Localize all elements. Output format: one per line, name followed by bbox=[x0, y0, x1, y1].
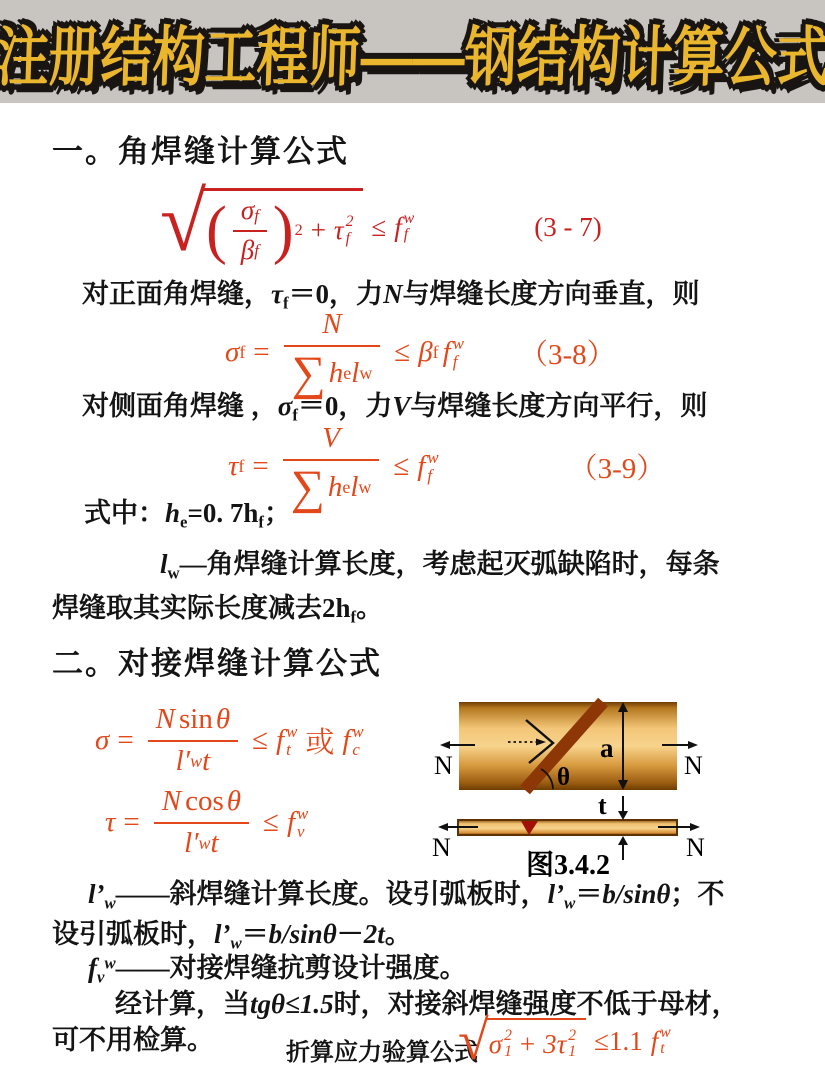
hf-symbol: h bbox=[243, 498, 258, 528]
title-banner: 注册结构工程师——钢结构计算公式 bbox=[0, 0, 825, 103]
ft-symbol: f bbox=[651, 1026, 659, 1057]
formula-3-9: τf = V ∑ helw ≤ f w f （3-9） bbox=[228, 422, 665, 512]
tau-symbol: τ bbox=[105, 806, 115, 839]
conclusion-line2: 可不用检算。 bbox=[52, 1024, 214, 1058]
slide-page: 注册结构工程师——钢结构计算公式 一。角焊缝计算公式 √ ( σf βf ) 2 bbox=[0, 0, 825, 1080]
force-v-symbol: V bbox=[392, 391, 410, 421]
tau1-superscript: 2 bbox=[568, 1028, 576, 1044]
force-arrowhead-right-top bbox=[688, 741, 698, 749]
tau-symbol: τ bbox=[228, 450, 238, 483]
f-superscript: w bbox=[427, 449, 438, 467]
text-segment: ；不 bbox=[670, 879, 724, 909]
label-a: a bbox=[600, 733, 614, 763]
fv-definition-line: fvw——对接焊缝抗剪设计强度。 bbox=[88, 952, 467, 988]
tau-superscript: 2 bbox=[346, 214, 354, 230]
equals-fullwidth: ＝ bbox=[242, 919, 269, 949]
text-segment: 时，对接斜焊缝强度不低于母材， bbox=[334, 989, 739, 1019]
denominator: l′wt bbox=[154, 822, 249, 860]
tau-subscript: f bbox=[346, 231, 350, 247]
sigma1-subscript: 1 bbox=[504, 1044, 512, 1060]
tg-theta-expression: tgθ≤1.5 bbox=[250, 989, 334, 1019]
fv-supsub: w v bbox=[297, 805, 308, 840]
text-segment: 设引弧板时， bbox=[52, 919, 214, 949]
f-symbol: f bbox=[443, 336, 451, 369]
ft-superscript: w bbox=[660, 1025, 670, 1041]
text-segment: 与焊缝长度方向平行，则 bbox=[410, 391, 707, 421]
tau1-supsub: 2 1 bbox=[568, 1028, 576, 1061]
fc-superscript: w bbox=[352, 723, 363, 741]
section1-heading: 一。角焊缝计算公式 bbox=[52, 133, 349, 172]
or-text: 或 bbox=[305, 720, 334, 761]
text-segment: 可不用检算。 bbox=[52, 1025, 214, 1055]
conclusion-line1: 经计算，当tgθ≤1.5时，对接斜焊缝强度不低于母材， bbox=[115, 988, 739, 1022]
fv-superscript: w bbox=[104, 954, 115, 973]
equals-operator: = bbox=[123, 806, 139, 839]
beta-subscript: f bbox=[433, 342, 439, 363]
f-subscript: f bbox=[427, 467, 432, 485]
text-segment: ； bbox=[264, 498, 291, 528]
2hf-symbol: 2h bbox=[322, 593, 351, 623]
side-weld-text: 对侧面角焊缝 ，σf＝0，力V与焊缝长度方向平行，则 bbox=[82, 390, 707, 426]
sqrt-radical: √ σ 2 1 + 3τ 2 1 bbox=[458, 1018, 586, 1064]
reduced-stress-label: 折算应力验算公式 bbox=[286, 1038, 478, 1068]
lprime-subscript: w bbox=[564, 893, 575, 912]
denominator: ∑ helw bbox=[283, 459, 380, 512]
sigma-symbol: σ bbox=[95, 724, 109, 757]
fc-symbol: f bbox=[342, 724, 350, 757]
equals-operator: = bbox=[252, 450, 268, 483]
label-t: t bbox=[598, 791, 607, 820]
beta-symbol: β bbox=[418, 336, 432, 369]
paren-exponent: 2 bbox=[295, 221, 303, 240]
minus-fullwidth: － bbox=[337, 919, 364, 949]
sin-function: sin bbox=[179, 703, 213, 736]
label-n-right-side: N bbox=[686, 833, 705, 862]
label-text: 折算应力验算公式 bbox=[286, 1040, 478, 1066]
lprime-symbol: l′ bbox=[184, 827, 198, 860]
lprime-subscript: w bbox=[190, 751, 202, 772]
right-paren: ) bbox=[273, 204, 294, 256]
plate-side-view bbox=[458, 820, 677, 835]
text-segment: ＝0，力 bbox=[298, 391, 393, 421]
figure-svg: a N N θ t bbox=[430, 690, 825, 880]
fv-superscript: w bbox=[297, 805, 308, 823]
formula-tau-butt: τ = Ncosθ l′wt ≤ f w v bbox=[105, 785, 308, 860]
formula-3-7: √ ( σf βf ) 2 + τ 2 f bbox=[160, 188, 602, 266]
lw-definition-line2: 焊缝取其实际长度减去2hf。 bbox=[52, 592, 383, 628]
text-segment: 焊缝取其实际长度减去 bbox=[52, 593, 322, 623]
fc-subscript: c bbox=[352, 741, 359, 759]
sigma1-superscript: 2 bbox=[504, 1028, 512, 1044]
ft-superscript: w bbox=[286, 723, 297, 741]
numerator: N bbox=[284, 308, 381, 345]
fv-subscript: v bbox=[297, 823, 304, 841]
text-segment: 式中： bbox=[84, 498, 165, 528]
lw-symbol: l bbox=[160, 549, 168, 579]
radicand: ( σf βf ) 2 + τ 2 f bbox=[202, 188, 363, 266]
lprime-symbol: l′ bbox=[176, 745, 190, 778]
numerator: V bbox=[283, 422, 380, 459]
h-subscript: e bbox=[342, 477, 350, 498]
text-segment: 。 bbox=[385, 919, 412, 949]
label-n-right-top: N bbox=[684, 751, 703, 780]
n-symbol: N bbox=[162, 785, 181, 818]
f-symbol: f bbox=[417, 450, 425, 483]
label-n-left-side: N bbox=[432, 833, 451, 862]
leq-operator: ≤ bbox=[263, 806, 279, 839]
sum-symbol: ∑ bbox=[291, 464, 325, 512]
text-segment: 对正面角焊缝， bbox=[82, 279, 271, 309]
text-segment: 与焊缝长度方向垂直，则 bbox=[403, 279, 700, 309]
denominator: βf bbox=[233, 230, 267, 266]
section2-heading: 二。对接焊缝计算公式 bbox=[52, 645, 382, 684]
b-over-sin-expression: b/sinθ bbox=[602, 879, 670, 909]
text-segment: 对侧面角焊缝 ， bbox=[82, 391, 278, 421]
plus-operator: + bbox=[311, 215, 326, 246]
plus-operator: + bbox=[520, 1029, 535, 1060]
equation-number: （3-8） bbox=[519, 332, 616, 373]
n-symbol: N bbox=[322, 308, 341, 341]
3tau1-symbol: 3τ bbox=[543, 1029, 566, 1060]
lw-definition-line1: lw—角焊缝计算长度，考虑起灭弧缺陷时，每条 bbox=[160, 548, 720, 584]
text-segment: —角焊缝计算长度，考虑起灭弧缺陷时，每条 bbox=[180, 549, 720, 579]
ft-symbol: f bbox=[276, 724, 284, 757]
leq-operator: ≤ bbox=[252, 724, 268, 757]
f-subscript: f bbox=[453, 353, 458, 371]
text-segment: 经计算，当 bbox=[115, 989, 250, 1019]
text-segment: ——斜焊缝计算长度。设引弧板时， bbox=[116, 879, 548, 909]
leq-operator: ≤ bbox=[371, 212, 386, 243]
force-arrowhead-left-top bbox=[440, 741, 450, 749]
lw-prime-def-line1: l’w——斜焊缝计算长度。设引弧板时，l’w＝b/sinθ；不 bbox=[88, 878, 724, 914]
theta-symbol: θ bbox=[227, 785, 241, 818]
leq-value: ≤1.1 bbox=[594, 1026, 643, 1057]
h-symbol: h bbox=[328, 471, 343, 504]
l-symbol: l bbox=[350, 471, 358, 504]
figure-caption: 图3.4.2 bbox=[526, 849, 610, 880]
force-arrowhead-right-side bbox=[690, 823, 700, 831]
dimension-t-arrow-up bbox=[618, 836, 628, 845]
f-superscript: w bbox=[453, 335, 464, 353]
fraction-nsin: Nsinθ l′wt bbox=[148, 703, 238, 778]
t-symbol: t bbox=[202, 745, 210, 778]
lprime-subscript: w bbox=[199, 833, 211, 854]
f-supsub: w f bbox=[427, 449, 438, 484]
radical-sign: √ bbox=[160, 188, 206, 266]
leq-operator: ≤ bbox=[393, 450, 409, 483]
lprime-subscript: w bbox=[105, 893, 116, 912]
fraction-v-over-sum: V ∑ helw bbox=[283, 422, 380, 512]
beta-symbol: β bbox=[241, 235, 254, 266]
tau-symbol: τ bbox=[271, 279, 283, 309]
tau1-subscript: 1 bbox=[568, 1044, 576, 1060]
lprime-symbol: l’ bbox=[88, 879, 105, 909]
h-symbol: h bbox=[329, 357, 344, 390]
b-over-sin-expression: b/sinθ bbox=[269, 919, 337, 949]
numerator: Nsinθ bbox=[148, 703, 238, 740]
text-segment: ——对接焊缝抗剪设计强度。 bbox=[116, 953, 467, 983]
force-arrowhead-left-side bbox=[438, 823, 448, 831]
beta-subscript: f bbox=[254, 241, 259, 261]
denominator: l′wt bbox=[148, 740, 238, 778]
sigma-symbol: σ bbox=[278, 391, 293, 421]
sigma1-symbol: σ bbox=[489, 1029, 502, 1060]
formula-sigma-butt: σ = Nsinθ l′wt ≤ f w t 或 f w c bbox=[95, 703, 364, 778]
l-symbol: l bbox=[351, 357, 359, 390]
lw-prime-def-line2: 设引弧板时，l’w＝b/sinθ－2t。 bbox=[52, 918, 412, 954]
radicand: σ 2 1 + 3τ 2 1 bbox=[485, 1018, 586, 1064]
butt-weld-figure: a N N θ t bbox=[430, 690, 825, 880]
text-segment: =0. 7 bbox=[187, 498, 243, 528]
force-n-symbol: N bbox=[383, 279, 403, 309]
f-symbol: f bbox=[394, 212, 402, 243]
sqrt-radical: √ ( σf βf ) 2 + τ 2 f bbox=[160, 188, 363, 266]
text-segment: 。 bbox=[356, 593, 383, 623]
n-symbol: N bbox=[156, 703, 175, 736]
sigma1-supsub: 2 1 bbox=[504, 1028, 512, 1061]
lw-subscript: w bbox=[168, 563, 180, 582]
lprime-symbol: l’ bbox=[214, 919, 231, 949]
v-symbol: V bbox=[322, 422, 340, 455]
numerator: σf bbox=[233, 195, 267, 230]
h-subscript: e bbox=[343, 363, 351, 384]
tau-subscript: f bbox=[238, 456, 244, 477]
label-theta: θ bbox=[557, 764, 570, 791]
sigma-symbol: σ bbox=[225, 336, 239, 369]
lprime-symbol: l’ bbox=[548, 879, 565, 909]
equation-number: （3-9） bbox=[569, 446, 666, 487]
2t-expression: 2t bbox=[364, 919, 385, 949]
ft-supsub: w t bbox=[286, 723, 297, 758]
fv-symbol: f bbox=[287, 806, 295, 839]
ft-subscript: t bbox=[660, 1041, 664, 1057]
label-n-left-top: N bbox=[434, 751, 453, 780]
lprime-subscript: w bbox=[231, 933, 242, 952]
he-symbol: h bbox=[165, 498, 180, 528]
l-subscript: w bbox=[358, 477, 371, 498]
ft-supsub: w t bbox=[660, 1025, 670, 1058]
where-clause: 式中：he=0. 7hf； bbox=[84, 497, 291, 533]
sigma-subscript: f bbox=[239, 342, 245, 363]
equation-number: (3 - 7) bbox=[534, 212, 601, 243]
fraction-sigma-beta: σf βf bbox=[233, 195, 267, 266]
page-title: 注册结构工程师——钢结构计算公式 bbox=[0, 5, 825, 99]
reduced-stress-formula: √ σ 2 1 + 3τ 2 1 ≤1.1 f w t bbox=[458, 1018, 671, 1064]
equals-fullwidth: ＝ bbox=[575, 879, 602, 909]
equals-operator: = bbox=[117, 724, 133, 757]
ft-subscript: t bbox=[286, 741, 291, 759]
left-paren: ( bbox=[206, 204, 227, 256]
fv-symbol: f bbox=[88, 953, 97, 983]
fraction-n-over-sum: N ∑ helw bbox=[284, 308, 381, 398]
equals-operator: = bbox=[253, 336, 269, 369]
numerator: Ncosθ bbox=[154, 785, 249, 822]
formula-3-8: σf = N ∑ helw ≤ βf f w f （3-8） bbox=[225, 308, 616, 398]
dimension-t-arrow-down bbox=[618, 811, 628, 820]
f-subscript: f bbox=[404, 227, 408, 243]
fc-supsub: w c bbox=[352, 723, 363, 758]
tau-supsub: 2 f bbox=[346, 214, 354, 247]
section1-heading-text: 一。角焊缝计算公式 bbox=[52, 134, 349, 169]
text-segment: ＝0，力 bbox=[289, 279, 384, 309]
l-subscript: w bbox=[359, 363, 372, 384]
t-symbol: t bbox=[211, 827, 219, 860]
f-supsub: w f bbox=[453, 335, 464, 370]
sigma-subscript: f bbox=[254, 206, 259, 226]
leq-operator: ≤ bbox=[394, 336, 410, 369]
tau-symbol: τ bbox=[334, 215, 344, 246]
theta-symbol: θ bbox=[216, 703, 230, 736]
f-supsub: w f bbox=[404, 211, 414, 244]
fraction-ncos: Ncosθ l′wt bbox=[154, 785, 249, 860]
f-superscript: w bbox=[404, 211, 414, 227]
sigma-symbol: σ bbox=[241, 195, 254, 226]
cos-function: cos bbox=[185, 785, 224, 818]
section2-heading-text: 二。对接焊缝计算公式 bbox=[52, 646, 382, 681]
